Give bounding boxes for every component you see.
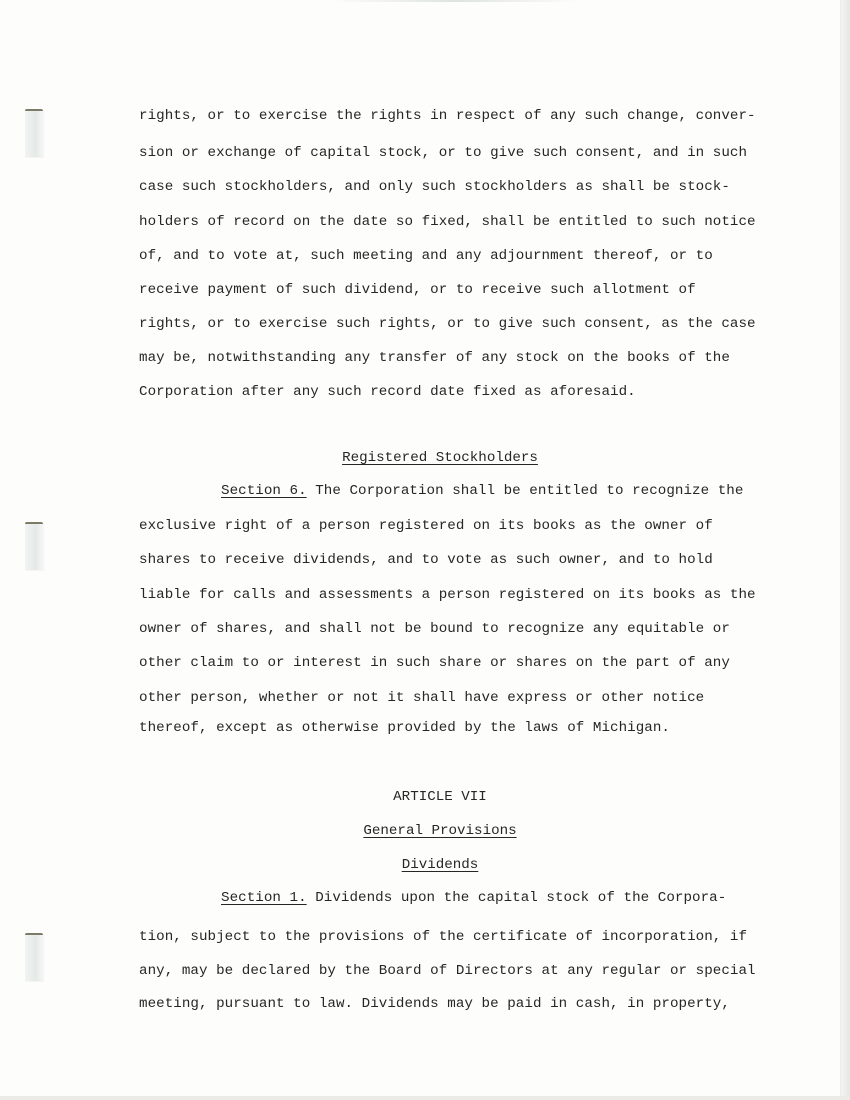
text-line: shares to receive dividends, and to vote…: [139, 551, 713, 569]
text-line: owner of shares, and shall not be bound …: [139, 620, 730, 638]
scan-right-edge: [840, 0, 850, 1100]
scan-bottom-edge: [0, 1096, 850, 1100]
text-line: exclusive right of a person registered o…: [139, 517, 713, 535]
text-line: meeting, pursuant to law. Dividends may …: [139, 995, 730, 1013]
scan-top-edge: [330, 0, 580, 2]
text-line: may be, notwithstanding any transfer of …: [139, 349, 730, 367]
heading-text: Dividends: [402, 857, 479, 873]
section-first-line: Section 6. The Corporation shall be enti…: [221, 482, 743, 500]
section-heading: Dividends: [0, 856, 850, 874]
text-line: other person, whether or not it shall ha…: [139, 689, 704, 707]
text-line: rights, or to exercise such rights, or t…: [139, 315, 756, 333]
text-line: Dividends upon the capital stock of the …: [307, 890, 727, 906]
text-line: any, may be declared by the Board of Dir…: [139, 962, 756, 980]
text-line: receive payment of such dividend, or to …: [139, 281, 696, 299]
text-line: case such stockholders, and only such st…: [139, 178, 730, 196]
binder-hole-icon: [25, 933, 43, 981]
article-title: ARTICLE VII: [0, 788, 850, 806]
text-line: holders of record on the date so fixed, …: [139, 213, 756, 231]
text-line: of, and to vote at, such meeting and any…: [139, 247, 713, 265]
heading-text: Registered Stockholders: [342, 450, 538, 466]
text-line: sion or exchange of capital stock, or to…: [139, 144, 747, 162]
section-label: Section 1.: [221, 890, 307, 906]
binder-hole-icon: [25, 522, 43, 570]
document-page: rights, or to exercise the rights in res…: [0, 0, 850, 1100]
text-line: The Corporation shall be entitled to rec…: [307, 483, 744, 499]
text-line: other claim to or interest in such share…: [139, 654, 730, 672]
section-first-line: Section 1. Dividends upon the capital st…: [221, 889, 726, 907]
article-subtitle: General Provisions: [0, 822, 850, 840]
subtitle-text: General Provisions: [363, 823, 516, 839]
binder-hole-icon: [25, 109, 43, 157]
text-line: liable for calls and assessments a perso…: [139, 586, 756, 604]
section-heading: Registered Stockholders: [0, 449, 850, 467]
text-line: Corporation after any such record date f…: [139, 383, 636, 401]
text-line: rights, or to exercise the rights in res…: [139, 107, 756, 125]
text-line: tion, subject to the provisions of the c…: [139, 928, 747, 946]
section-label: Section 6.: [221, 483, 307, 499]
text-line: thereof, except as otherwise provided by…: [139, 719, 670, 737]
